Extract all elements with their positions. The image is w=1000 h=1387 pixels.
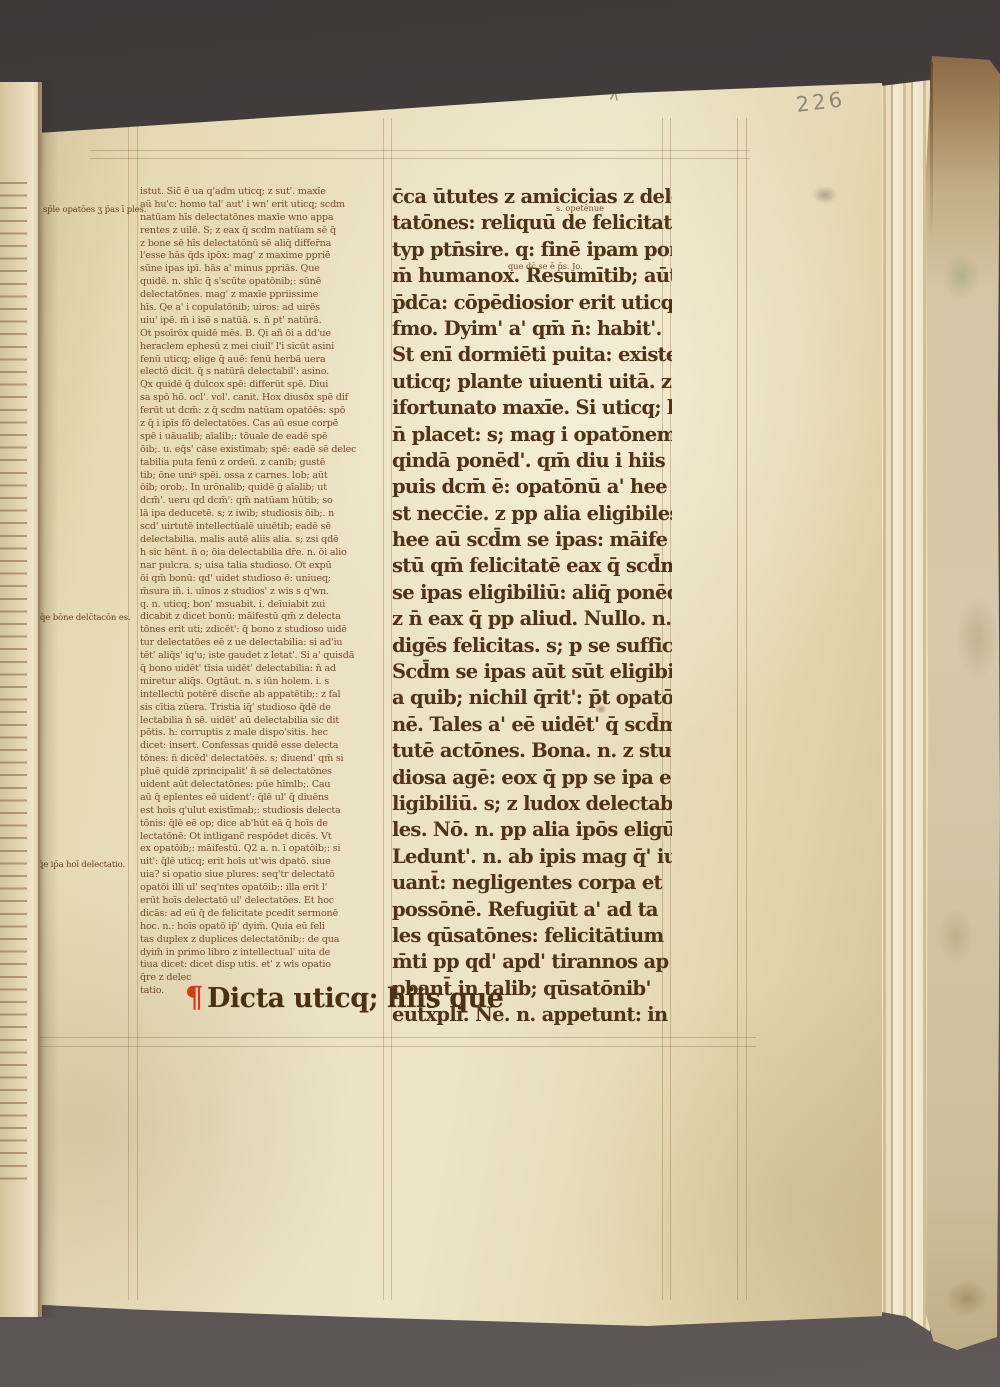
vellum-cover-edge <box>926 56 1000 1350</box>
text-line: tib; ōne uniꝰ spēi. ossa z carnes. lob; … <box>140 470 392 483</box>
text-line: pōtis. h: corruptis z male dispo'sitis. … <box>140 727 392 740</box>
text-line: aū q̄ eplentes eē uident': q̄lē ul' q̄ d… <box>140 792 392 805</box>
text-line: tiua dicet: dicet disp utis. et' z wis o… <box>140 959 392 972</box>
text-line: digēs felicitas. s; p se sufficiēs. <box>392 633 672 659</box>
text-line: sa spō hō. ocl'. vol'. canit. Hox diusōx… <box>140 392 392 405</box>
text-column: c̄ca ūtutes z amicicias z delectatōnes: … <box>392 184 672 1029</box>
folio-number: 226 <box>795 87 847 117</box>
text-line: dicās: ad eū q̄ de felicitate pcedit ser… <box>140 908 392 921</box>
text-line: rentes z uilē. S; z eax q̄ scd̄m natūam … <box>140 225 392 238</box>
text-line: ōib; orob;. In urōnalib; quidē ḡ aīalib;… <box>140 482 392 495</box>
text-line: tōnes erit uti; zdicēt': q̄ bono z studi… <box>140 624 392 637</box>
text-line: uticq; plante uiuenti uitā. z <box>392 369 672 395</box>
text-line: ligibiliū. s; z ludox delectabi <box>392 791 672 817</box>
text-line: Scd̄m se ipas aūt sūt eligibiles: <box>392 659 672 685</box>
ruling-line <box>90 150 750 151</box>
text-line: intellectū potērē discn̄e ab appatētib;:… <box>140 689 392 702</box>
ruling-line <box>128 118 129 1300</box>
text-line: dicet: insert. Confessas quidē esse dele… <box>140 740 392 753</box>
text-line: lā ipa deducetē. s; z iwib; studiosis ōi… <box>140 508 392 521</box>
ruling-line <box>737 118 738 1300</box>
interlinear-gloss: s. opetēnue <box>556 203 604 213</box>
commentary-column: istut. Sic̄ ē ua q'adm uticq; z sut'. ma… <box>140 186 392 998</box>
text-line: est hoīs q'ulut existīmab;: studiosis de… <box>140 805 392 818</box>
manuscript-photo: 226 x· ʌ sp̄le opatōes ʒ p̄as ī ples. q̄… <box>0 0 1000 1387</box>
red-paraph-mark: ¶ <box>185 980 203 1014</box>
facing-page-text-lines <box>0 182 27 1182</box>
text-line: scd' uirtutē intellectūalē uiuētib; eadē… <box>140 521 392 534</box>
text-line: ex opatōib;: māifestū. Q2 a. n. ī opatōi… <box>140 843 392 856</box>
text-line: tas duplex z duplices delectatōnib;: de … <box>140 934 392 947</box>
text-line: uia? si opatio siue plures: seq'tr delec… <box>140 869 392 882</box>
facing-page-edge <box>0 82 42 1317</box>
text-line: ōi qm̄ bonū: qd' uidet studioso ē: uniue… <box>140 573 392 586</box>
text-line: q. n. uticq; bon' msuabit. i. deīuiabit … <box>140 599 392 612</box>
text-line: n̄ placet: s; mag i opatōnem <box>392 422 672 448</box>
text-line: heraclem ephesū z mei ciuil' l'i sicūt a… <box>140 341 392 354</box>
pencil-caret-mark: ʌ <box>609 85 620 104</box>
text-block-leaf-edges <box>878 80 930 1334</box>
text-line: h sic hēnt. n̄ o; ōia delectabilia dr̄e.… <box>140 547 392 560</box>
text-line: electō dicit. q̄ s natūrā delectabil': a… <box>140 366 392 379</box>
text-line: hīs. Qe a' i copulatōnib; uiros: ad uirē… <box>140 302 392 315</box>
ruling-line <box>40 1046 756 1047</box>
text-line: dicabit z dicet bonū: māifestū qm̄ z del… <box>140 611 392 624</box>
text-line: hoc. n.: hoīs opatō ip̄' dyim̄. Quia eū … <box>140 921 392 934</box>
text-line: les qūsatōnes: felicitātium <box>392 923 672 949</box>
text-line: uiu' ipē. m̄ i isē s natūā. s. n̄ pt' na… <box>140 315 392 328</box>
text-line: les. Nō. n. pp alia ipōs eligūt <box>392 817 672 843</box>
text-line: fenū uticq; elige q̄ auē: fenū herbā uer… <box>140 354 392 367</box>
text-line: sūne ipas ipī. hās a' minus ppriās. Que <box>140 263 392 276</box>
text-line: erūt hoīs delectatō ul' delectatōes. Et … <box>140 895 392 908</box>
text-line: typ ptn̄sire. q: finē ipam poni <box>392 237 672 263</box>
text-line: m̄ti pp qd' apd' tirannos ap <box>392 949 672 975</box>
manuscript-page: 226 x· ʌ sp̄le opatōes ʒ p̄as ī ples. q̄… <box>40 78 882 1326</box>
text-line: tur delectatōes eē z ue delectabilia: si… <box>140 637 392 650</box>
text-line: tabilia puta fenū z ordeū. z canib; gust… <box>140 457 392 470</box>
text-line: istut. Sic̄ ē ua q'adm uticq; z sut'. ma… <box>140 186 392 199</box>
text-line: possōnē. Refugiūt a' ad ta <box>392 897 672 923</box>
incipit-line: ¶Dicta uticq; hiis que <box>185 980 503 1014</box>
text-line: dcm̄'. ueru qd dcm̄': qm̄ natūam hūtib; … <box>140 495 392 508</box>
text-line: delectatōnes. mag' z maxīe ppriissime <box>140 289 392 302</box>
text-line: tōnes: n̄ dicēd' delectatōēs. s; diuend'… <box>140 753 392 766</box>
text-line: nē. Tales a' eē uidēt' q̄ scd̄m ū <box>392 712 672 738</box>
interlinear-gloss: que dc̄ se ē p̄s. Jo. <box>508 261 583 271</box>
text-line: lectabilia n̄ sē. uidēt' aū delectabilia… <box>140 715 392 728</box>
text-line: sis cītia zūera. Tristia iq̄' studioso q… <box>140 702 392 715</box>
text-line: fmo. Dyim' a' qm̄ n̄: habit'. <box>392 316 672 342</box>
text-line: stū qm̄ felicitatē eax q̄ scd̄m <box>392 553 672 579</box>
gutter-shadow <box>38 80 58 1318</box>
text-line: Ot psoīrōx quidē mēs. B. Qi añ ōi a dd'u… <box>140 328 392 341</box>
text-line: z n̄ eax q̄ pp aliud. Nullo. n. ī <box>392 606 672 632</box>
ruling-line <box>90 158 750 159</box>
margin-note: sp̄le opatōes ʒ p̄as ī ples. <box>43 205 146 215</box>
text-line: tēt' aliq̄s' iq'u; iste gaudet z letat'.… <box>140 650 392 663</box>
text-line: ifortunato maxīe. Si uticq; hec <box>392 395 672 421</box>
text-line: aū hu'c: homo tal' aut' i wn' erit uticq… <box>140 199 392 212</box>
text-line: tatōnes: reliquū de felicitate <box>392 210 672 236</box>
text-line: quidē. n. shīc q̄ s'scūte opatōnib;: sūn… <box>140 276 392 289</box>
text-line: Qx quidē q̄ dulcox spē: differūt spē. Di… <box>140 379 392 392</box>
text-line: st necc̄ie. z pp alia eligibiles. <box>392 501 672 527</box>
text-line: ferūt ut dcm̄: z q̄ scd̄m natūam opatōēs… <box>140 405 392 418</box>
text-line: qindā ponēd'. qm̄ diu i hiis que <box>392 448 672 474</box>
text-line: hee aū scd̄m se ipas: māife <box>392 527 672 553</box>
text-line: m̄sura in̄. i. uīnos z studios' z wis s … <box>140 586 392 599</box>
text-line: spē i uāualib; aīalib;: tōuale de eadē s… <box>140 431 392 444</box>
ruling-line <box>40 1037 756 1038</box>
text-line: dyim̄ in primo libro z intellectual' uit… <box>140 947 392 960</box>
text-line: q̄ bono uidēt' tīsia uidēt' delectabilia… <box>140 663 392 676</box>
text-line: uit': q̄lē uticq; erit hoīs ut'wis dpatō… <box>140 856 392 869</box>
text-line: diosa agē: eox q̄ pp se ipa e <box>392 765 672 791</box>
text-line: p̄dc̄a: cōpēdiosior erit uticq; <box>392 290 672 316</box>
ruling-line <box>137 118 138 1300</box>
pencil-x-mark: x· <box>354 97 372 116</box>
text-line: natūam hīs delectatōnes maxīe wno appa <box>140 212 392 225</box>
text-line: miretur aliq̄s. Ogtāut. n. s iūn holem. … <box>140 676 392 689</box>
text-line: tōnis: q̄lē eē op; dice ab'hūt eā q̄ hoī… <box>140 818 392 831</box>
text-line: puis dcm̄ ē: opatōnū a' hee qd̄e <box>392 474 672 500</box>
text-line: delectabilia. malis autē aliis alia. s; … <box>140 534 392 547</box>
ruling-line <box>746 118 747 1300</box>
text-line: uant̄: negligentes corpa et <box>392 870 672 896</box>
text-line: tutē actōnes. Bona. n. z stu <box>392 738 672 764</box>
text-line: c̄ca ūtutes z amicicias z delec <box>392 184 672 210</box>
text-line: l'esse hās q̄ds ipōx: mag' z maxime ppri… <box>140 250 392 263</box>
text-line: z q̄ i ipīs fō delectatōes. Cas aū esue … <box>140 418 392 431</box>
text-line: nar pulcra. s; uisa talia studioso. Ot e… <box>140 560 392 573</box>
text-line: lectatōnē: Ot intliganc̄ respōdet dicēs.… <box>140 831 392 844</box>
cover-crack <box>930 62 933 242</box>
text-line: a quib; nichil q̄rit': p̄t opatō <box>392 685 672 711</box>
text-line: uident aūt delectatōnes: pūe hīmlb;. Cau <box>140 779 392 792</box>
text-line: pluē quidē zprincipalit' n̄ sē delectatō… <box>140 766 392 779</box>
text-line: St enī dormiēti puita: existet <box>392 342 672 368</box>
stain <box>812 186 838 204</box>
incipit-text: Dicta uticq; hiis que <box>207 983 503 1014</box>
text-line: ōib;. u. eq̄s' cāse existīmab; spē: eadē… <box>140 444 392 457</box>
text-line: se ipas eligibiliū: aliq̄ ponēd'. <box>392 580 672 606</box>
text-line: opatōi illi ul' seq'ntes opatōib;: illa … <box>140 882 392 895</box>
text-line: Ledunt'. n. ab ipis mag q̄' iu <box>392 844 672 870</box>
text-line: z bone sē hīs delectatōnū sē aliq̄ diffe… <box>140 238 392 251</box>
